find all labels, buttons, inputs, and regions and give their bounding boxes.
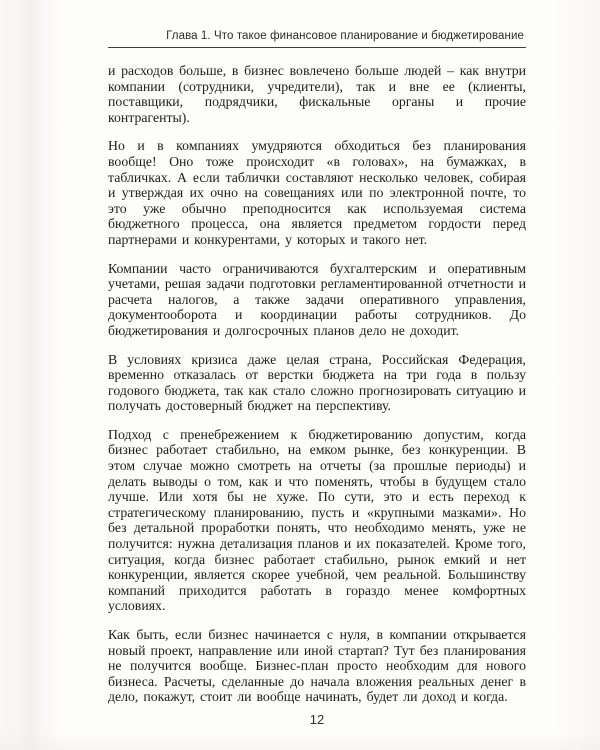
book-page: Глава 1. Что такое финансовое планирован… [0,0,600,750]
chapter-running-head: Глава 1. Что такое финансовое планирован… [108,30,526,42]
page-content: Глава 1. Что такое финансовое планирован… [108,30,526,718]
body-paragraph: Как быть, если бизнес начинается с нуля,… [108,627,526,705]
body-paragraph: Но и в компаниях умудряются обходиться б… [108,138,526,247]
page-body: и расходов больше, в бизнес вовлечено бо… [108,63,526,705]
body-paragraph: В условиях кризиса даже целая страна, Ро… [108,352,526,414]
scan-bottom-shadow [0,732,600,750]
body-paragraph: Компании часто ограничиваются бухгалтерс… [108,261,526,339]
header-rule [108,47,526,48]
page-number: 12 [108,712,526,727]
body-paragraph: Подход с пренебрежением к бюджетированию… [108,427,526,614]
scan-right-shadow [555,0,600,750]
scan-left-shadow [0,0,60,750]
body-paragraph: и расходов больше, в бизнес вовлечено бо… [108,63,526,125]
